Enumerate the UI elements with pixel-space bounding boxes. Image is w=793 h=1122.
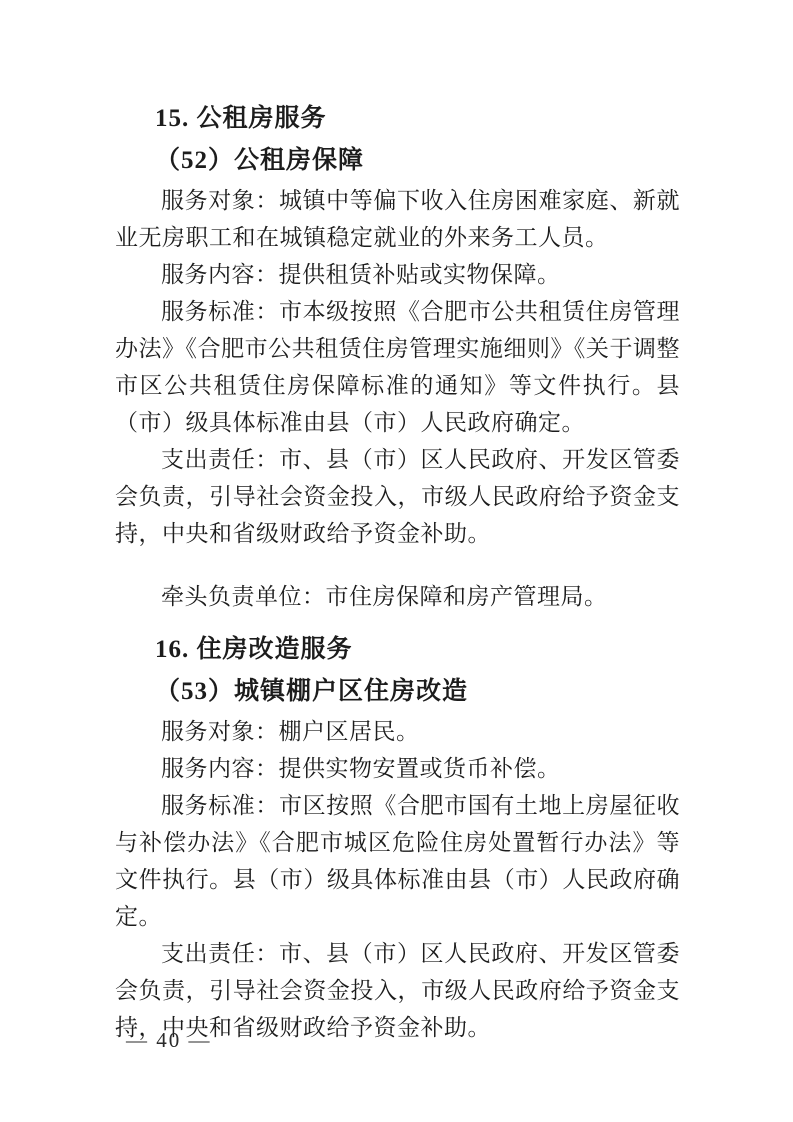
document-content: 15. 公租房服务 （52）公租房保障 服务对象：城镇中等偏下收入住房困难家庭、… (115, 98, 680, 1046)
paragraph-text: 棚户区居民。 (279, 719, 420, 744)
paragraph-label: 服务内容： (161, 262, 279, 287)
paragraph-service-standard-53: 服务标准：市区按照《合肥市国有土地上房屋征收与补偿办法》《合肥市城区危险住房处置… (115, 787, 680, 935)
paragraph-text: 提供租赁补贴或实物保障。 (279, 262, 561, 287)
paragraph-label: 服务标准： (161, 299, 279, 324)
paragraph-label: 服务内容： (161, 756, 279, 781)
paragraph-lead-unit-52: 牵头负责单位：市住房保障和房产管理局。 (115, 578, 680, 615)
paragraph-service-standard-52: 服务标准：市本级按照《合肥市公共租赁住房管理办法》《合肥市公共租赁住房管理实施细… (115, 293, 680, 441)
paragraph-service-target-53: 服务对象：棚户区居民。 (115, 713, 680, 750)
paragraph-text: 市住房保障和房产管理局。 (326, 584, 608, 609)
subsection-heading-52: （52）公租房保障 (115, 140, 680, 182)
paragraph-text: 提供实物安置或货币补偿。 (279, 756, 561, 781)
paragraph-expenditure-52: 支出责任：市、县（市）区人民政府、开发区管委会负责，引导社会资金投入，市级人民政… (115, 441, 680, 552)
paragraph-label: 服务对象： (161, 188, 279, 213)
paragraph-label: 支出责任： (161, 941, 279, 966)
paragraph-label: 服务标准： (161, 793, 279, 818)
paragraph-service-target-52: 服务对象：城镇中等偏下收入住房困难家庭、新就业无房职工和在城镇稳定就业的外来务工… (115, 182, 680, 256)
page-number: — 40 — (126, 1028, 212, 1053)
paragraph-label: 服务对象： (161, 719, 279, 744)
section-heading-16: 16. 住房改造服务 (115, 629, 680, 671)
paragraph-label: 支出责任： (161, 447, 279, 472)
section-heading-15: 15. 公租房服务 (115, 98, 680, 140)
paragraph-label: 牵头负责单位： (161, 584, 326, 609)
paragraph-service-content-53: 服务内容：提供实物安置或货币补偿。 (115, 750, 680, 787)
subsection-heading-53: （53）城镇棚户区住房改造 (115, 671, 680, 713)
paragraph-service-content-52: 服务内容：提供租赁补贴或实物保障。 (115, 256, 680, 293)
document-page: 15. 公租房服务 （52）公租房保障 服务对象：城镇中等偏下收入住房困难家庭、… (0, 0, 793, 1122)
